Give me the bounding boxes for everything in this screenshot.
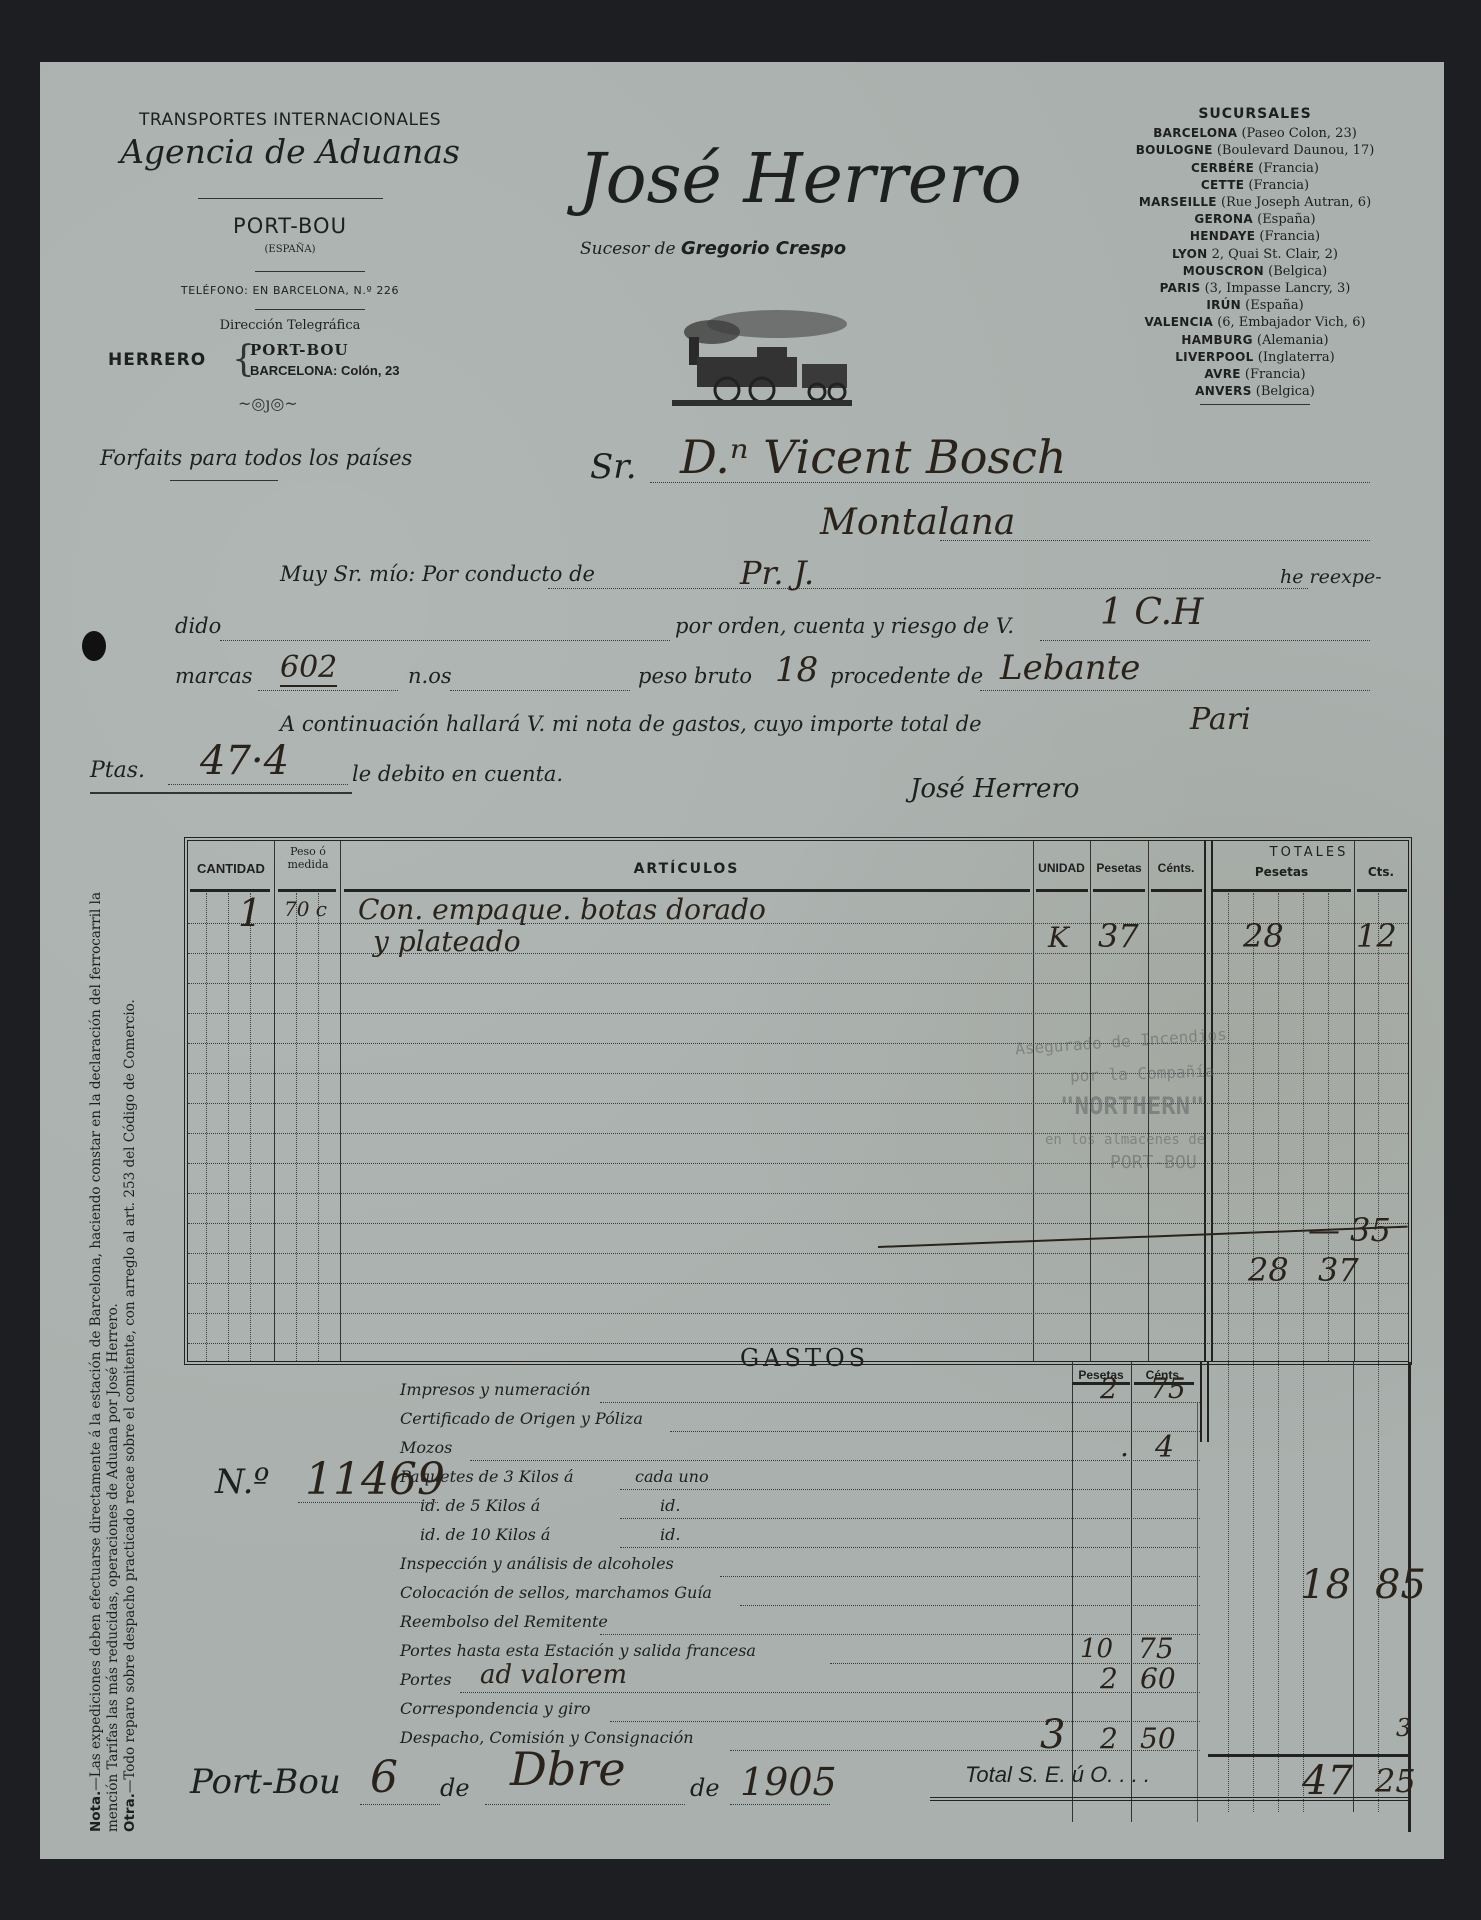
date-place: Port-Bou	[190, 1762, 341, 1802]
peso-handwriting: 18	[775, 650, 818, 690]
header-agencia: Agencia de Aduanas	[90, 132, 490, 171]
ptas-handwriting: 47·4	[200, 738, 289, 784]
telegraph-addr2: BARCELONA: Colón, 23	[250, 363, 400, 378]
row-peso: 70 c	[284, 897, 327, 921]
por-orden-text: por orden, cuenta y riesgo de V.	[675, 614, 1014, 638]
gastos-total-pesetas: 18	[1300, 1562, 1351, 1608]
col-unidad: UNIDAD	[1033, 861, 1090, 875]
sucursales-title: SUCURSALES	[1080, 106, 1430, 123]
gasto-paquetes-10: id. de 10 Kilos áid.	[420, 1525, 550, 1544]
branch-item: BOULOGNE (Boulevard Daunou, 17)	[1080, 142, 1430, 159]
gastos-total-cts: 85	[1375, 1562, 1426, 1608]
gasto-despacho-pesetas: 2	[1100, 1722, 1118, 1755]
successor-prefix: Sucesor de	[580, 239, 676, 259]
peso-label: peso bruto	[638, 664, 752, 688]
date-de2: de	[690, 1774, 720, 1802]
date-day: 6	[370, 1752, 398, 1803]
locomotive-icon	[667, 302, 857, 412]
addressee-prefix: Sr.	[590, 447, 637, 487]
header-transportes: TRANSPORTES INTERNACIONALES	[90, 110, 490, 130]
salutation: Muy Sr. mío: Por conducto de	[280, 562, 595, 586]
gasto-certificado: Certificado de Origen y Póliza	[400, 1409, 643, 1428]
punch-hole	[82, 631, 106, 661]
signature-printed: José Herrero	[910, 774, 1079, 804]
gasto-correspondencia: Correspondencia y giro	[400, 1699, 591, 1718]
branch-item: HAMBURG (Alemania)	[1080, 332, 1430, 349]
gasto-inspeccion: Inspección y análisis de alcoholes	[400, 1554, 674, 1573]
branch-item: LIVERPOOL (Inglaterra)	[1080, 349, 1430, 366]
col-tot-cts: Cts.	[1354, 865, 1408, 879]
branch-item: PARIS (3, Impasse Lancry, 3)	[1080, 280, 1430, 297]
gasto-mozos-pesetas: .	[1120, 1430, 1129, 1463]
date-month: Dbre	[510, 1742, 626, 1796]
branch-item: BARCELONA (Paseo Colon, 23)	[1080, 125, 1430, 142]
gasto-portes-cents: 60	[1140, 1662, 1176, 1695]
gasto-impresos-cents: 75	[1150, 1372, 1186, 1405]
row-unidad: K	[1048, 921, 1069, 954]
branch-item: MOUSCRON (Belgica)	[1080, 263, 1430, 280]
col-tot-pesetas: Pesetas	[1209, 865, 1354, 879]
telegraph-addr1: PORT-BOU	[250, 341, 349, 359]
numero-label: N.º	[215, 1462, 269, 1502]
divider	[170, 480, 278, 481]
gastos-title: GASTOS	[740, 1344, 869, 1372]
stamp-line5: PORT-BOU	[1110, 1152, 1197, 1173]
header-telegraph-label: Dirección Telegráfica	[90, 318, 490, 333]
branch-item: CERBÉRE (Francia)	[1080, 160, 1430, 177]
grand-total-label: Total S. E. ú O. . . .	[965, 1762, 1150, 1788]
margin-notes: Nota.—Las expediciones deben efectuarse …	[88, 882, 139, 1832]
continuacion-text: A continuación hallará V. mi nota de gas…	[280, 712, 982, 736]
branch-item: MARSEILLE (Rue Joseph Autran, 6)	[1080, 194, 1430, 211]
gasto-portes-pesetas: 2	[1100, 1662, 1118, 1695]
riesgo-handwriting: 1 C.H	[1100, 592, 1203, 633]
branch-item: LYON 2, Quai St. Clair, 2)	[1080, 246, 1430, 263]
gasto-colocacion: Colocación de sellos, marchamos Guía	[400, 1583, 712, 1602]
divider	[255, 271, 365, 272]
header-country: (ESPAÑA)	[90, 244, 490, 255]
procedente-label: procedente de	[830, 664, 983, 688]
gasto-impresos: Impresos y numeración	[400, 1380, 591, 1399]
branch-item: CETTE (Francia)	[1080, 177, 1430, 194]
company-name: José Herrero	[460, 140, 1140, 220]
subtotal-pesetas: 28	[1248, 1251, 1289, 1289]
col-cents: Cénts.	[1148, 861, 1204, 875]
telegraph-name: HERRERO	[108, 350, 206, 370]
header-telefono: TELÉFONO: EN BARCELONA, N.º 226	[90, 284, 490, 297]
header-forfaits: Forfaits para todos los países	[100, 446, 412, 470]
nota-label: Nota.	[88, 1791, 104, 1832]
gastos-extra: 3	[1396, 1714, 1411, 1742]
otra-label: Otra.	[122, 1793, 138, 1832]
conducto-handwriting: Pr. J.	[740, 554, 814, 592]
addressee-name: D.ⁿ Vicent Bosch	[680, 430, 1066, 484]
gasto-portes-estacion-cents: 75	[1138, 1632, 1174, 1665]
branch-item: HENDAYE (Francia)	[1080, 228, 1430, 245]
gasto-portes-estacion: Portes hasta esta Estación y salida fran…	[400, 1641, 756, 1660]
grand-total-cts: 25	[1375, 1762, 1416, 1800]
branch-item: ANVERS (Belgica)	[1080, 383, 1430, 400]
subtotal-cts: 37	[1318, 1251, 1359, 1289]
row-articulo: Con. empaque. botas dorado	[358, 893, 766, 926]
gasto-reembolso: Reembolso del Remitente	[400, 1612, 608, 1631]
stamp-line4: en los almacenes de	[1045, 1132, 1205, 1148]
invoice-sheet: TRANSPORTES INTERNACIONALES Agencia de A…	[40, 62, 1444, 1859]
row-tot-cts: 12	[1356, 917, 1397, 955]
branch-item: IRÚN (España)	[1080, 297, 1430, 314]
stamp-line3: "NORTHERN"	[1060, 1092, 1205, 1120]
reexpedido-text: he reexpe-	[1280, 566, 1382, 588]
gasto-portes-estacion-pesetas: 10	[1080, 1634, 1113, 1664]
articles-table: CANTIDAD Peso ó medida ARTÍCULOS UNIDAD …	[184, 837, 1412, 1365]
divider	[255, 309, 365, 310]
importe-handwriting: Pari	[1190, 702, 1251, 737]
row-articulo-2: y plateado	[373, 925, 521, 958]
col-cantidad: CANTIDAD	[188, 861, 274, 876]
col-peso: Peso ó medida	[278, 845, 338, 871]
sucursales-list: SUCURSALES BARCELONA (Paseo Colon, 23) B…	[1080, 106, 1430, 405]
date-year: 1905	[740, 1760, 837, 1804]
addressee-place: Montalana	[820, 502, 1015, 543]
gasto-despacho-cents: 50	[1140, 1722, 1176, 1755]
gasto-mozos-cents: 4	[1155, 1430, 1174, 1465]
header-city: PORT-BOU	[90, 214, 490, 238]
col-articulos: ARTÍCULOS	[340, 861, 1033, 877]
date-de1: de	[440, 1774, 470, 1802]
gasto-despacho-hw: 3	[1040, 1712, 1065, 1758]
grand-total-pesetas: 47	[1302, 1758, 1353, 1804]
dido-text: dido	[175, 614, 221, 638]
branch-item: AVRE (Francia)	[1080, 366, 1430, 383]
marcas-label: marcas	[175, 664, 253, 688]
col-totales: TOTALES	[1209, 845, 1409, 860]
debito-text: le debito en cuenta.	[352, 762, 563, 786]
otra-text: —Todo reparo sobre despacho practicado r…	[122, 999, 138, 1793]
successor-name: Gregorio Crespo	[681, 238, 846, 259]
branch-item: GERONA (España)	[1080, 211, 1430, 228]
numero-value: 11469	[305, 1454, 445, 1505]
branch-item: VALENCIA (6, Embajador Vich, 6)	[1080, 314, 1430, 331]
ornament-icon: ~◎ȷ◎~	[238, 394, 298, 413]
marcas-handwriting: 602	[280, 650, 337, 687]
gasto-portes: Portesad valorem	[400, 1670, 452, 1689]
ptas-label: Ptas.	[90, 758, 145, 783]
row-cents: 37	[1098, 917, 1139, 955]
procedente-handwriting: Lebante	[1000, 648, 1140, 688]
col-pesetas: Pesetas	[1090, 861, 1148, 875]
row-tot-pesetas: 28	[1243, 917, 1284, 955]
numeros-label: n.os	[408, 664, 452, 688]
nota-text: —Las expediciones deben efectuarse direc…	[88, 892, 121, 1832]
row-cantidad: 1	[238, 891, 262, 935]
gasto-impresos-pesetas: 2	[1100, 1372, 1118, 1405]
divider	[198, 198, 383, 199]
